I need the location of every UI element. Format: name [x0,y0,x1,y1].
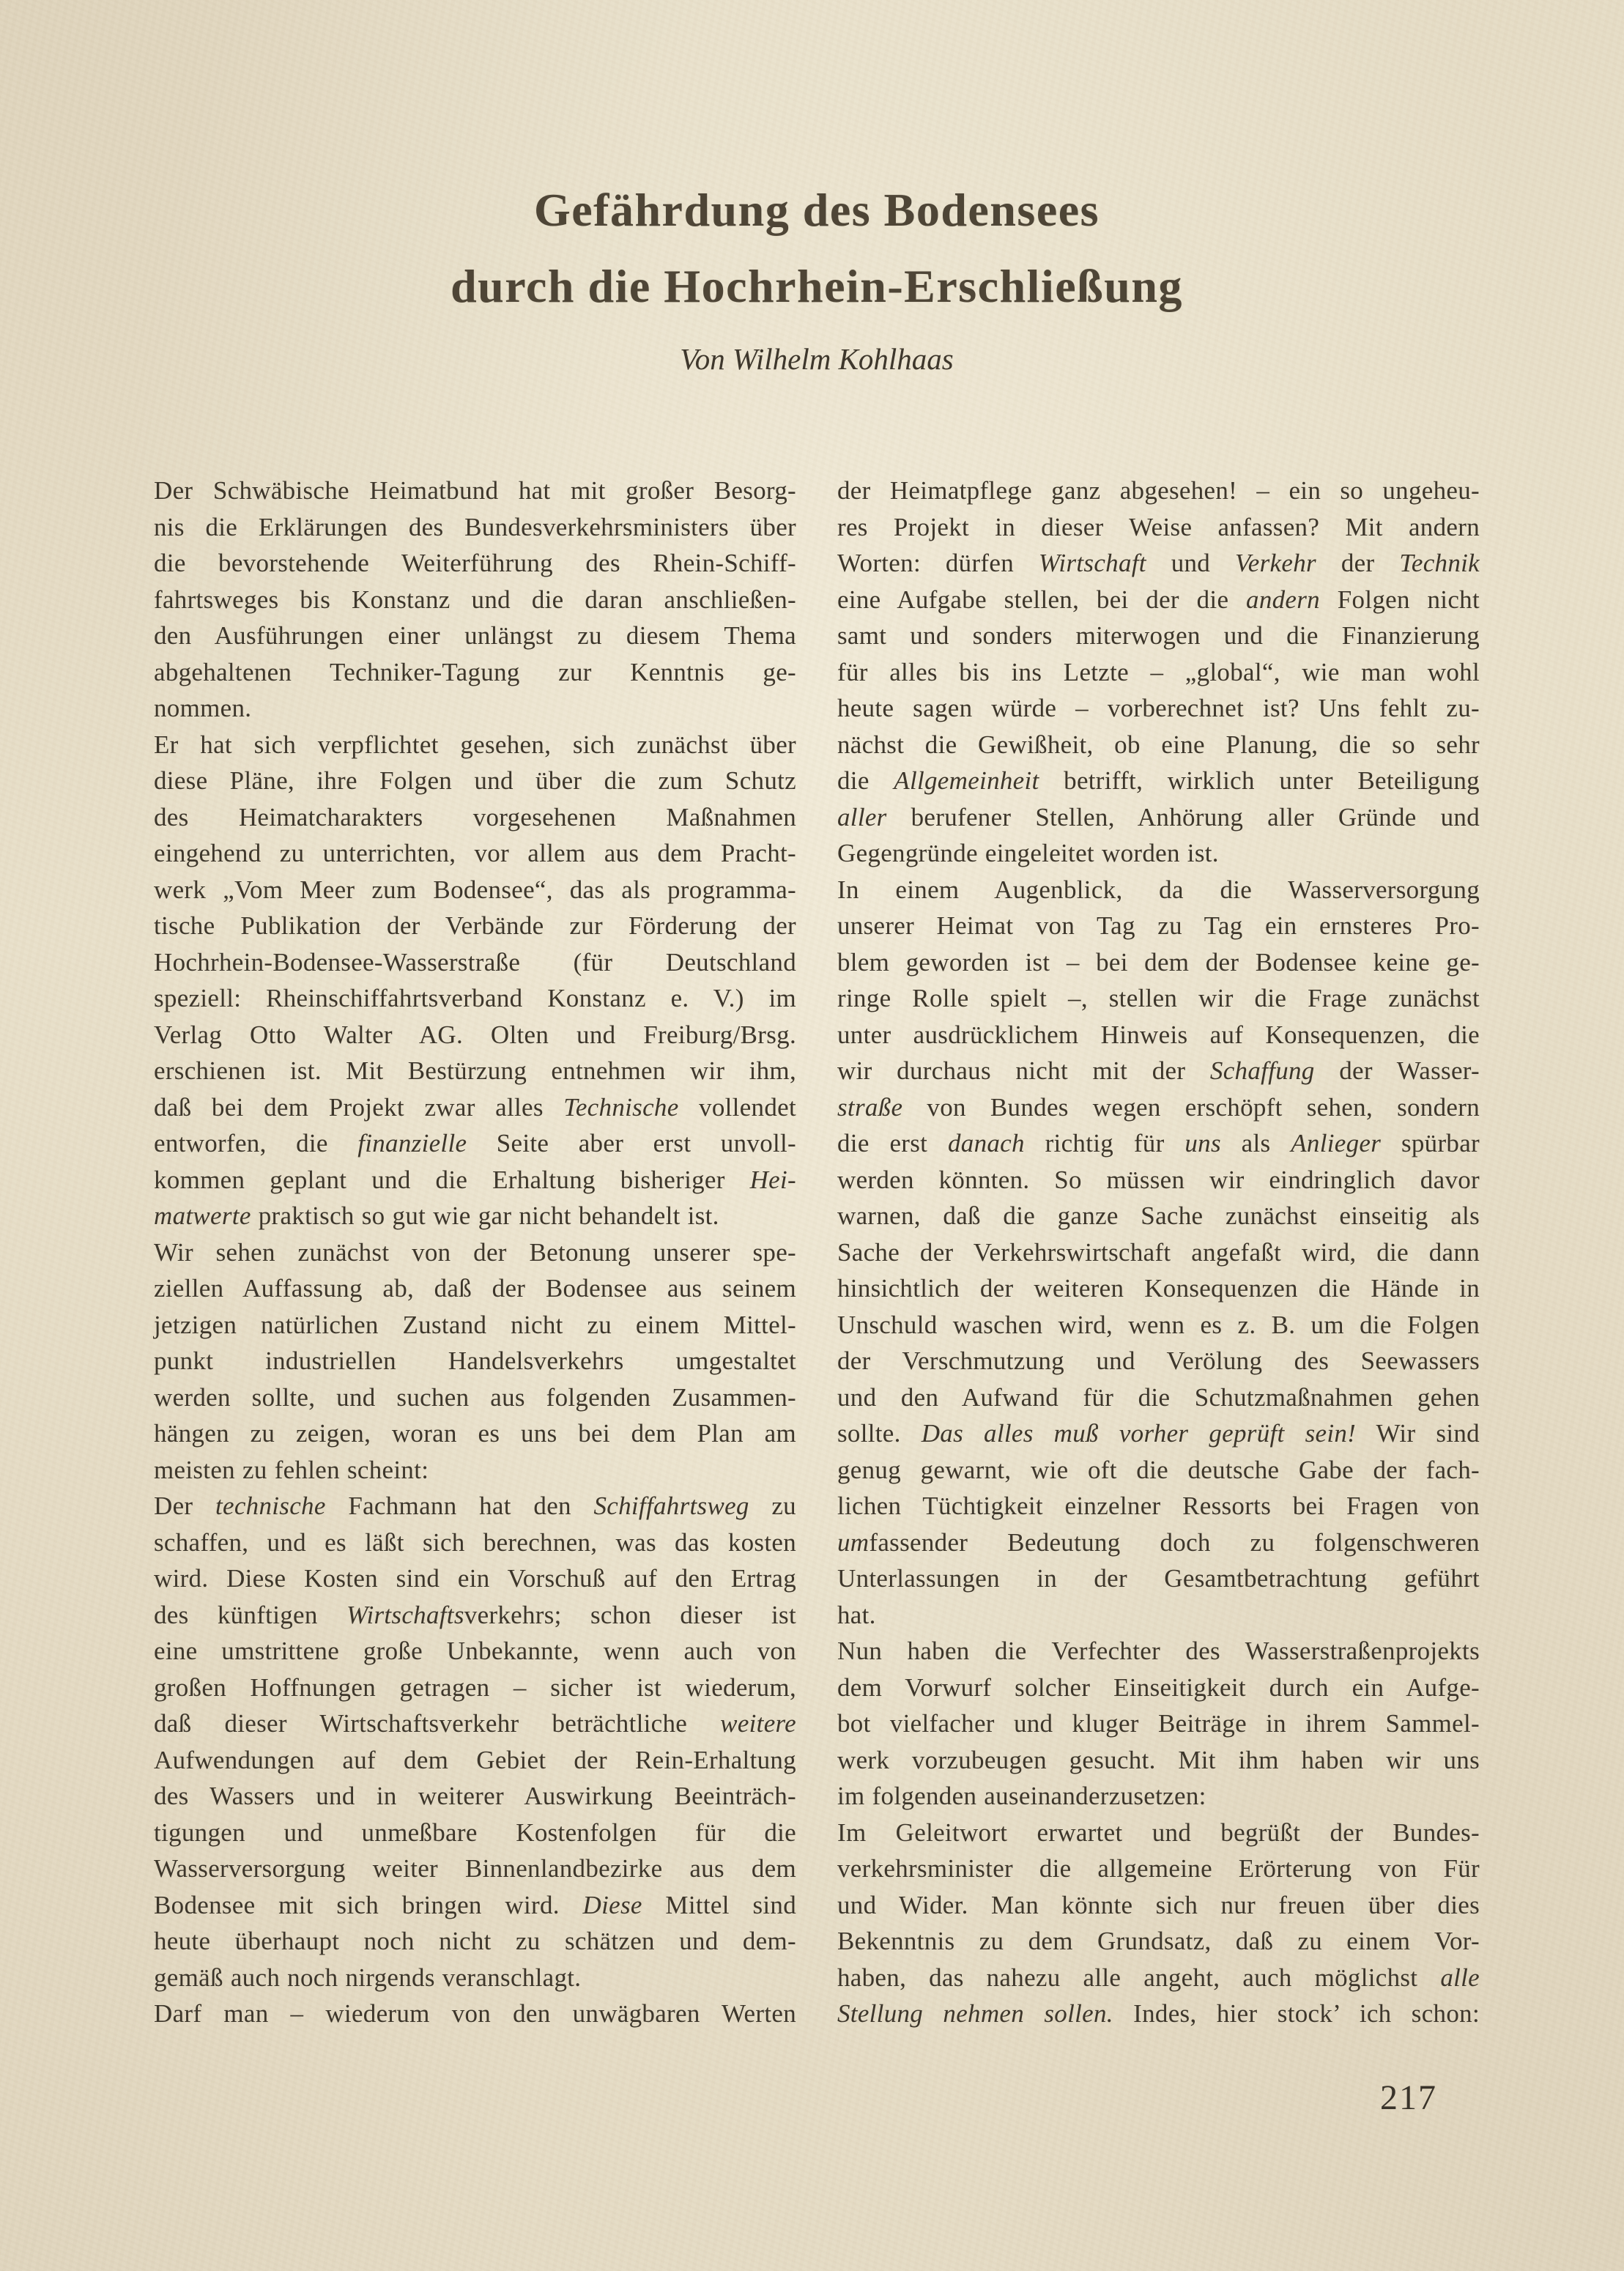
text-line: Bekenntnis zu dem Grundsatz, daß zu eine… [837,1923,1480,1960]
text-line: jetzigen natürlichen Zustand nicht zu ei… [154,1307,796,1344]
text-line: Darf man – wiederum von den unwägbaren W… [154,1996,796,2032]
text-line: Gegengründe eingeleitet worden ist. [837,835,1480,872]
text-line: eine Aufgabe stellen, bei der die andern… [837,582,1480,618]
text-line: erschienen ist. Mit Bestürzung entnehmen… [154,1053,796,1089]
text-line: die bevorstehende Weiterführung des Rhei… [154,545,796,582]
text-line: haben, das nahezu alle angeht, auch mögl… [837,1960,1480,1996]
text-line: ringe Rolle spielt –, stellen wir die Fr… [837,980,1480,1017]
text-line: Im Geleitwort erwartet und begrüßt der B… [837,1815,1480,1851]
text-line: Unschuld waschen wird, wenn es z. B. um … [837,1307,1480,1344]
text-line: Wasserversorgung weiter Binnenlandbezirk… [154,1850,796,1887]
text-line: werden sollte, und suchen aus folgenden … [154,1379,796,1416]
text-line: speziell: Rheinschiffahrtsverband Konsta… [154,980,796,1017]
text-line: der Heimatpflege ganz abgesehen! – ein s… [837,473,1480,509]
text-line: werk „Vom Meer zum Bodensee“, das als pr… [154,872,796,908]
text-line: tigungen und unmeßbare Kostenfolgen für … [154,1815,796,1851]
text-line: Sache der Verkehrswirtschaft angefaßt wi… [837,1234,1480,1271]
text-line: großen Hoffnungen getragen – sicher ist … [154,1670,796,1706]
text-line: fahrtsweges bis Konstanz und die daran a… [154,582,796,618]
text-line: umfassender Bedeutung doch zu folgenschw… [837,1525,1480,1561]
text-line: heute sagen würde – vorberechnet ist? Un… [837,690,1480,727]
text-line: Bodensee mit sich bringen wird. Diese Mi… [154,1887,796,1924]
article-byline: Von Wilhelm Kohlhaas [154,341,1480,377]
text-line: des künftigen Wirtschaftsverkehrs; schon… [154,1597,796,1634]
text-line: In einem Augenblick, da die Wasserversor… [837,872,1480,908]
text-line: heute überhaupt noch nicht zu schätzen u… [154,1923,796,1960]
text-line: sollte. Das alles muß vorher geprüft sei… [837,1415,1480,1452]
text-line: matwerte praktisch so gut wie gar nicht … [154,1198,796,1234]
scanned-book-page: Gefährdung des Bodensees durch die Hochr… [0,0,1624,2271]
text-line: wir durchaus nicht mit der Schaffung der… [837,1053,1480,1089]
text-line: des Heimatcharakters vorgesehenen Maßnah… [154,799,796,836]
text-line: lichen Tüchtigkeit einzelner Ressorts be… [837,1488,1480,1525]
text-line: und Wider. Man könnte sich nur freuen üb… [837,1887,1480,1924]
text-line: Der Schwäbische Heimatbund hat mit große… [154,473,796,509]
text-line: Worten: dürfen Wirtschaft und Verkehr de… [837,545,1480,582]
text-line: eingehend zu unterrichten, vor allem aus… [154,835,796,872]
text-line: Wir sehen zunächst von der Betonung unse… [154,1234,796,1271]
text-line: blem geworden ist – bei dem der Bodensee… [837,944,1480,981]
text-line: Unterlassungen in der Gesamtbetrachtung … [837,1560,1480,1597]
text-line: diese Pläne, ihre Folgen und über die zu… [154,763,796,799]
text-line: daß dieser Wirtschaftsverkehr beträchtli… [154,1705,796,1742]
text-line: nis die Erklärungen des Bundesverkehrsmi… [154,509,796,546]
text-line: straße von Bundes wegen erschöpft sehen,… [837,1089,1480,1126]
text-line: wird. Diese Kosten sind ein Vorschuß auf… [154,1560,796,1597]
text-line: den Ausführungen einer unlängst zu diese… [154,618,796,654]
text-line: kommen geplant und die Erhaltung bisheri… [154,1162,796,1199]
text-line: dem Vorwurf solcher Einseitigkeit durch … [837,1670,1480,1706]
text-line: schaffen, und es läßt sich berechnen, wa… [154,1525,796,1561]
text-line: daß bei dem Projekt zwar alles Technisch… [154,1089,796,1126]
text-line: punkt industriellen Handelsverkehrs umge… [154,1343,796,1379]
text-line: Stellung nehmen sollen. Indes, hier stoc… [837,1996,1480,2032]
text-line: aller berufener Stellen, Anhörung aller … [837,799,1480,836]
text-line: hinsichtlich der weiteren Konsequenzen d… [837,1270,1480,1307]
text-line: Aufwendungen auf dem Gebiet der Rein-Erh… [154,1742,796,1779]
text-column-right: der Heimatpflege ganz abgesehen! – ein s… [837,473,1480,2032]
text-line: Er hat sich verpflichtet gesehen, sich z… [154,727,796,763]
text-line: verkehrsminister die allgemeine Erörteru… [837,1850,1480,1887]
text-column-left: Der Schwäbische Heimatbund hat mit große… [154,473,796,2032]
text-line: gemäß auch noch nirgends veranschlagt. [154,1960,796,1996]
text-line: Verlag Otto Walter AG. Olten und Freibur… [154,1017,796,1053]
text-line: Nun haben die Verfechter des Wasserstraß… [837,1633,1480,1670]
text-line: nächst die Gewißheit, ob eine Planung, d… [837,727,1480,763]
text-line: die Allgemeinheit betrifft, wirklich unt… [837,763,1480,799]
page-title: Gefährdung des Bodensees durch die Hochr… [154,172,1480,325]
page-title-line-1: Gefährdung des Bodensees [154,172,1480,248]
text-line: hängen zu zeigen, woran es uns bei dem P… [154,1415,796,1452]
text-line: bot vielfacher und kluger Beiträge in ih… [837,1705,1480,1742]
text-line: abgehaltenen Techniker-Tagung zur Kenntn… [154,654,796,691]
page-title-line-2: durch die Hochrhein-Erschließung [154,248,1480,325]
page-number: 217 [1380,2078,1437,2118]
text-line: des Wassers und in weiterer Auswirkung B… [154,1778,796,1815]
text-line: warnen, daß die ganze Sache zunächst ein… [837,1198,1480,1234]
text-line: res Projekt in dieser Weise anfassen? Mi… [837,509,1480,546]
text-line: für alles bis ins Letzte – „global“, wie… [837,654,1480,691]
text-line: der Verschmutzung und Verölung des Seewa… [837,1343,1480,1379]
text-line: die erst danach richtig für uns als Anli… [837,1125,1480,1162]
text-columns: Der Schwäbische Heimatbund hat mit große… [154,473,1480,2032]
text-line: samt und sonders miterwogen und die Fina… [837,618,1480,654]
text-line: tische Publikation der Verbände zur Förd… [154,908,796,944]
text-line: nommen. [154,690,796,727]
text-line: genug gewarnt, wie oft die deutsche Gabe… [837,1452,1480,1489]
text-line: im folgenden auseinanderzusetzen: [837,1778,1480,1815]
text-line: und den Aufwand für die Schutzmaßnahmen … [837,1379,1480,1416]
text-line: hat. [837,1597,1480,1634]
text-line: meisten zu fehlen scheint: [154,1452,796,1489]
text-line: entworfen, die finanzielle Seite aber er… [154,1125,796,1162]
text-line: Der technische Fachmann hat den Schiffah… [154,1488,796,1525]
text-line: ziellen Auffassung ab, daß der Bodensee … [154,1270,796,1307]
text-line: werden könnten. So müssen wir eindringli… [837,1162,1480,1199]
text-line: eine umstrittene große Unbekannte, wenn … [154,1633,796,1670]
text-line: werk vorzubeugen gesucht. Mit ihm haben … [837,1742,1480,1779]
text-line: unserer Heimat von Tag zu Tag ein ernste… [837,908,1480,944]
text-line: unter ausdrücklichem Hinweis auf Konsequ… [837,1017,1480,1053]
text-line: Hochrhein-Bodensee-Wasserstraße (für Deu… [154,944,796,981]
